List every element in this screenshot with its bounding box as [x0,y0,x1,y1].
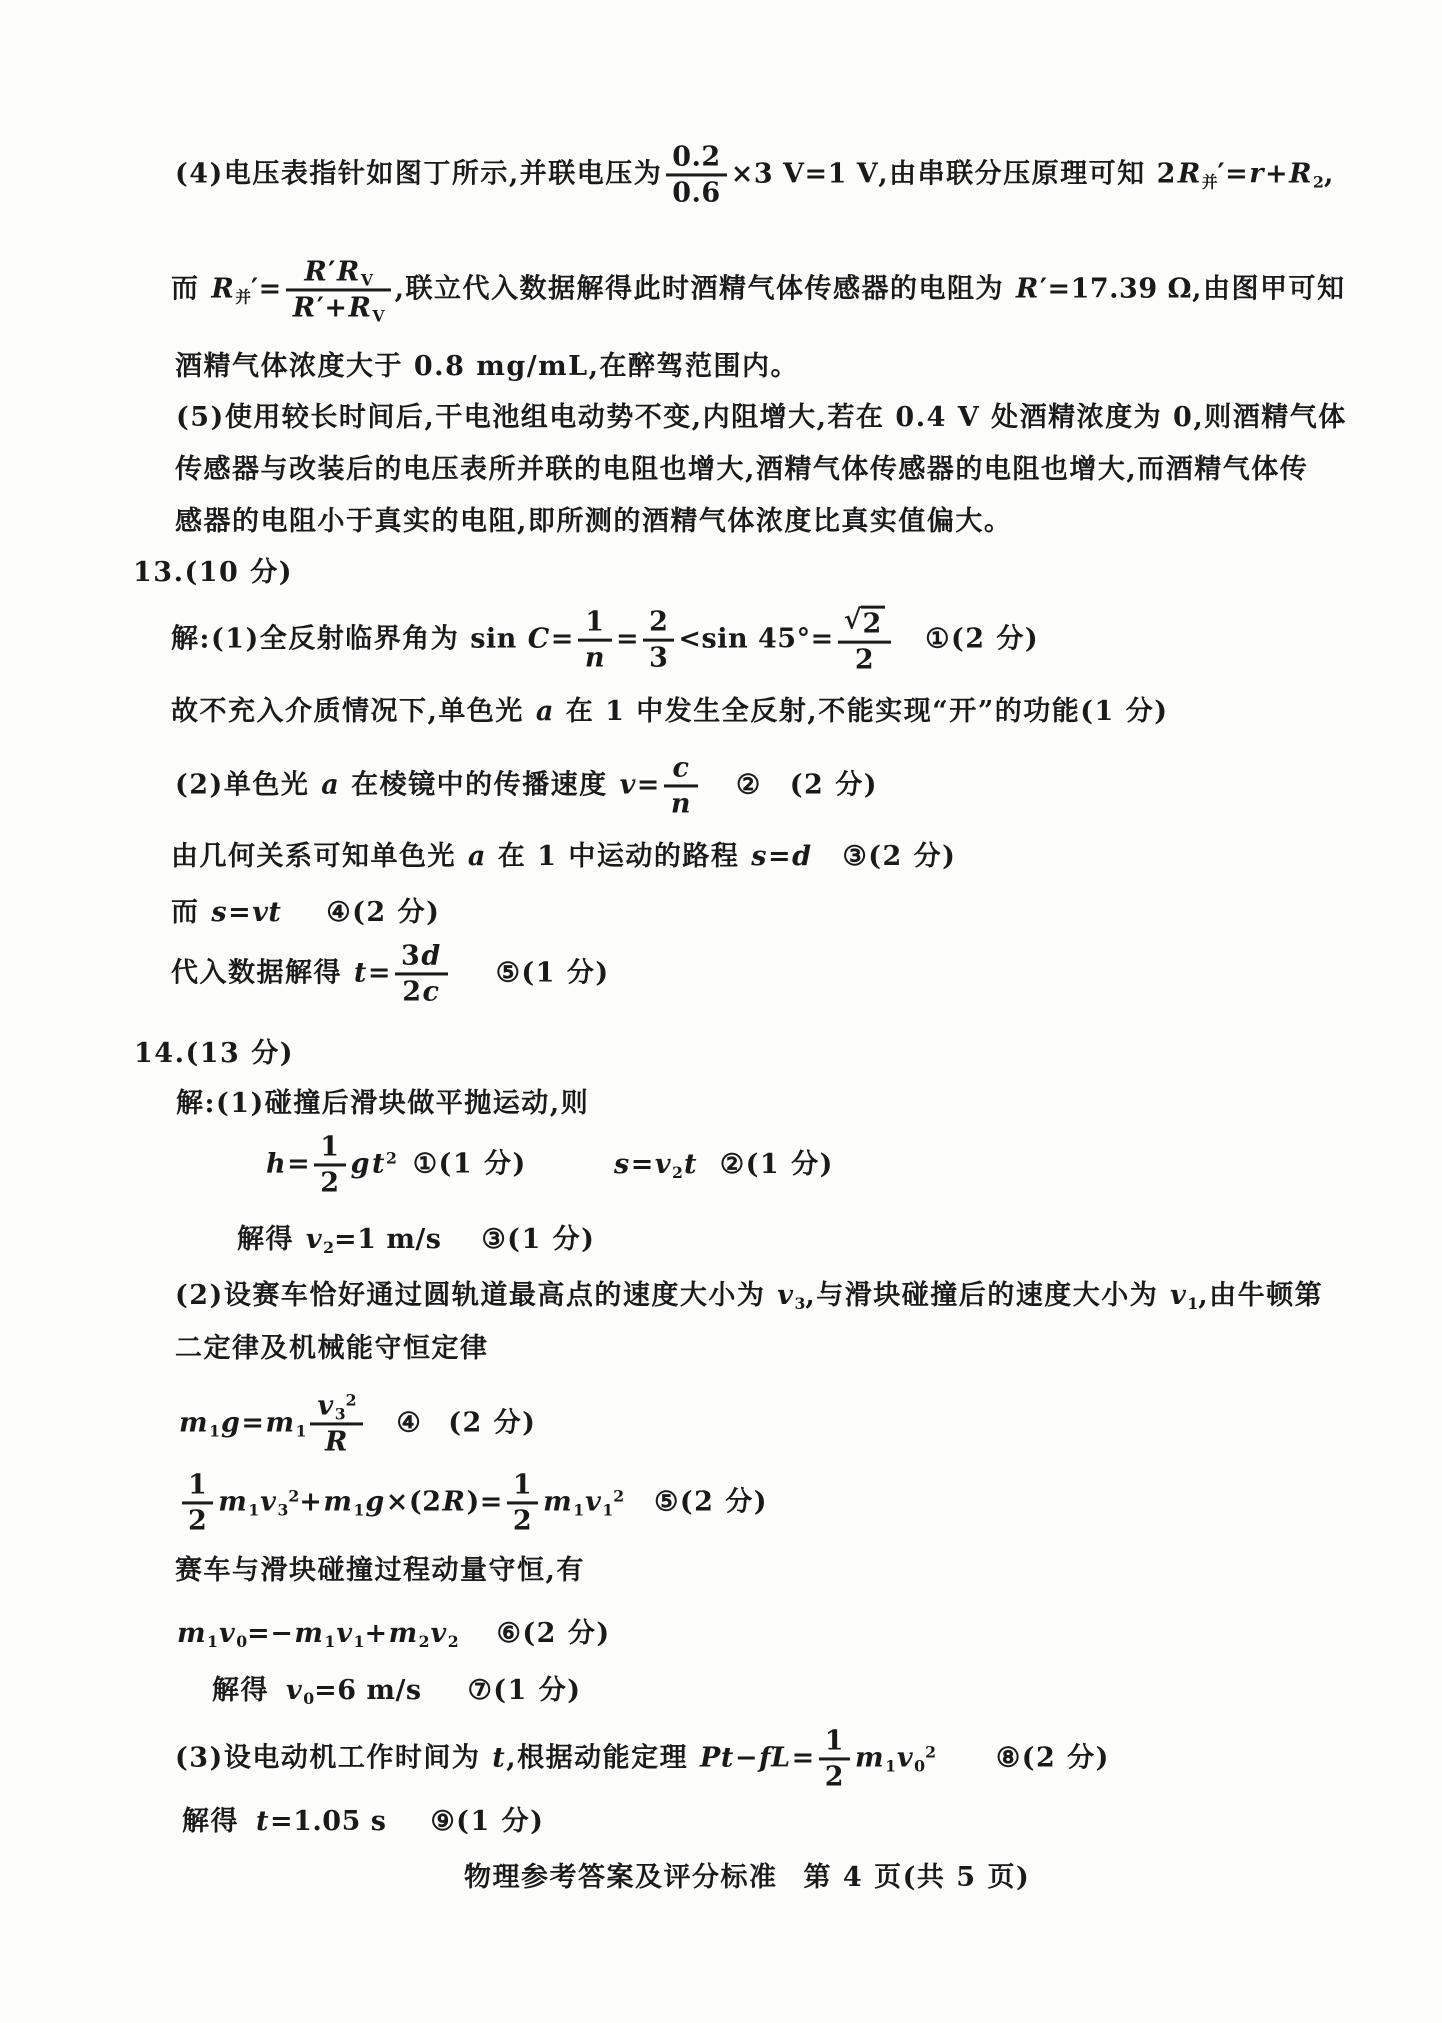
fraction: R′RVR′+RV [286,256,391,323]
math-var: t [353,958,368,989]
math-var: t [491,1743,506,1774]
answer-14-part2-line2: 二定律及机械能守恒定律 [175,1332,489,1366]
text-run: (2)单色光 [175,770,320,801]
fraction: √22 [838,605,892,676]
text-run: ⑨(1 分) [430,1806,544,1837]
math-var: a [535,696,555,727]
roman-run: = [551,624,574,655]
subscript: 3 [794,1294,805,1313]
math-sub-sup: v32 [259,1487,299,1518]
subscript: V [372,307,384,326]
math-var: R [1288,159,1313,190]
subscript: 2 [448,1632,459,1651]
roman-run: ′+ [317,293,348,324]
roman-run: = [768,841,791,872]
roman-run: 0.2 [672,141,720,172]
math-subscripted: m1 [854,1743,896,1774]
roman-run: 2 [825,1762,844,1793]
answer-12-part4-line3: 酒精气体浓度大于 0.8 mg/mL,在醉驾范围内。 [175,350,799,384]
math-var: m [322,1487,353,1518]
text-run: ,与滑块碰撞后的速度大小为 [805,1280,1169,1311]
answer-13-note1: 故不充入介质情况下,单色光 a 在 1 中发生全反射,不能实现“开”的功能(1 … [171,695,1169,729]
text-run: ⑧(2 分) [996,1743,1110,1774]
subscript: 0 [914,1757,925,1776]
superscript: 2 [288,1487,299,1506]
text-run: ⑤(1 分) [496,958,610,989]
text-run: 解得 [237,1224,305,1255]
text-run: ,由图甲可知 [1192,274,1345,305]
subscript: 2 [672,1163,683,1182]
math-sub-sup: v02 [896,1743,936,1774]
math-var: v [259,1487,277,1518]
math-var: v [335,1618,353,1649]
roman-run: 3 [649,643,668,674]
text-run: ,联立代入数据解得此时酒精气体传感器的电阻为 [395,274,1015,305]
math-var: fL [758,1743,792,1774]
math-var: Pt [699,1743,735,1774]
numerator: 0.2 [666,141,726,173]
math-var: s [613,1149,631,1180]
text-run: 在棱镜中的传播速度 [340,770,618,801]
text-run: ①(2 分) [925,624,1039,655]
text-run: , [1324,159,1335,190]
math-var: v [305,1224,323,1255]
spacer [386,1828,430,1830]
subscript: 1 [209,1422,220,1441]
spacer [367,1430,397,1432]
roman-run: − [735,1743,758,1774]
roman-run: = [287,1149,310,1180]
answer-12-part5-line3: 感器的电阻小于真实的电阻,即所测的酒精气体浓度比真实值偏大。 [175,505,1012,539]
text-run: 代入数据解得 [171,958,353,989]
superscript: 2 [613,1487,624,1506]
math-superscripted: t2 [371,1149,397,1180]
roman-run: 1 [825,1725,844,1756]
roman-run: =− [247,1618,293,1649]
spacer [936,1765,996,1767]
math-var: R [1177,159,1202,190]
text-run: ,由串联分压原理可知 2 [878,159,1177,190]
answer-14-part2-line1: (2)设赛车恰好通过圆轨道最高点的速度大小为 v3,与滑块碰撞后的速度大小为 v… [175,1279,1323,1313]
math-var: t [371,1149,386,1180]
math-subscripted: R并 [1177,159,1218,190]
text-run: 由几何关系可知单色光 [171,841,467,872]
roman-run: ×3 V=1 V [731,159,879,190]
roman-run: 0.6 [672,178,720,209]
fraction: 0.20.6 [666,141,726,208]
square-root: √2 [844,606,886,640]
text-run: 二定律及机械能守恒定律 [175,1333,489,1364]
math-var: m [293,1618,324,1649]
answer-12-part4-line1: (4)电压表指针如图丁所示,并联电压为0.20.6×3 V=1 V,由串联分压原… [175,141,1335,208]
text-run: ③(2 分) [843,841,957,872]
answer-14-eq1: h=12gt2①(1 分) [265,1131,527,1198]
roman-run: =1.05 s [270,1806,386,1837]
math-var: d [420,940,441,971]
text-run: ⑦(1 分) [468,1675,582,1706]
text-run: 感器的电阻小于真实的电阻,即所测的酒精气体浓度比真实值偏大。 [175,506,1012,537]
math-var: R [292,293,317,324]
text-run: ⑥(2 分) [497,1618,611,1649]
spacer [282,919,326,921]
answer-14-part3: (3)设电动机工作时间为 t,根据动能定理 Pt−fL=12m1v02⑧(2 分… [175,1725,1110,1792]
roman-run: 2 [402,977,421,1008]
math-var: t [255,1806,270,1837]
spacer [422,1430,448,1432]
answer-13-step1: 解:(1)全反射临界角为 sin C=1n=23<sin 45°=√22①(2 … [171,605,1039,676]
text-run: 解得 [182,1806,239,1837]
roman-run: = [616,624,639,655]
footer-title: 物理参考答案及评分标准 [464,1862,778,1893]
subscript: 1 [602,1501,613,1520]
text-run: 解得 [212,1675,269,1706]
text-run: 而 [171,274,210,305]
math-var: s [750,841,768,872]
subscript: 3 [335,1404,346,1423]
subscript: 1 [1187,1294,1198,1313]
math-subscripted: m1 [322,1487,364,1518]
spacer [239,1828,255,1830]
math-var: s [210,897,228,928]
fraction: 3d2c [395,940,448,1007]
text-run: 传感器与改装后的电压表所并联的电阻也增大,酒精气体传感器的电阻也增大,而酒精气体… [175,454,1308,485]
math-var: m [542,1487,573,1518]
denominator: 2c [395,973,448,1008]
math-var: r [1248,159,1265,190]
spacer [441,1246,481,1248]
text-run: (4)电压表指针如图丁所示,并联电压为 [175,159,662,190]
text-run: (3)设电动机工作时间为 [175,1743,491,1774]
math-sub-sup: v32 [316,1390,356,1421]
numerator: 1 [578,606,612,638]
roman-run: 1 [320,1131,339,1162]
fraction: v32R [310,1390,362,1457]
math-subscripted: RV [347,293,384,324]
roman-run: ′ [328,256,336,287]
denominator: 3 [643,639,674,674]
page: 物理参考答案及评分标准第 4 页(共 5 页) (4)电压表指针如图丁所示,并联… [0,0,1442,2023]
math-var: R [1015,274,1040,305]
roman-run: + [1265,159,1288,190]
text-run: 在 1 中发生全反射,不能实现“开”的功能(1 分) [555,696,1169,727]
answer-12-part5-line1: (5)使用较长时间后,干电池组电动势不变,内阻增大,若在 0.4 V 处酒精浓度… [176,401,1347,435]
roman-run: + [364,1618,387,1649]
denominator: 2 [838,640,892,675]
text-run: 解:(1)全反射临界角为 [171,624,470,655]
math-subscripted: R并 [210,274,251,305]
subscript: V [361,270,373,289]
math-var: v [776,1280,794,1311]
roman-run: = [228,897,251,928]
math-var: v [430,1618,448,1649]
math-var: R [324,1427,349,1458]
fraction: cn [664,752,698,819]
spacer [813,863,843,865]
question-13-header: 13.(10 分) [133,556,293,590]
answer-14-step9: 解得t=1.05 s⑨(1 分) [182,1805,544,1839]
spacer [624,1509,654,1511]
subscript: 3 [277,1501,288,1520]
text-run: ,由牛顿第 [1198,1280,1323,1311]
superscript: 2 [386,1149,397,1168]
denominator: R [310,1423,362,1458]
math-var: m [388,1618,419,1649]
denominator: 0.6 [666,174,726,209]
math-subscripted: v3 [776,1280,805,1311]
answer-14-step7: 解得v0=6 m/s⑦(1 分) [212,1674,582,1708]
spacer [459,1640,497,1642]
roman-run: sin [470,624,527,655]
numerator: 3d [395,940,448,972]
answer-14-eq6: m1v0=−m1v1+m2v2⑥(2 分) [176,1617,611,1651]
math-var: R [303,256,328,287]
math-var: m [217,1487,248,1518]
text-run: 酒精气体浓度大于 0.8 mg/mL,在醉驾范围内。 [175,351,799,382]
fraction: 23 [643,606,674,673]
subscript: 1 [248,1501,259,1520]
text-run: 14.(13 分) [134,1038,294,1069]
math-subscripted: m1 [265,1408,307,1439]
math-var: c [671,752,690,783]
text-run: 故不充入介质情况下,单色光 [171,696,535,727]
answer-14-step3: 解得 v2=1 m/s③(1 分) [237,1223,595,1257]
roman-run: 2 [320,1168,339,1199]
spacer [702,792,736,794]
subscript: 0 [303,1689,314,1708]
fraction: 1n [578,606,612,673]
numerator: c [664,752,698,784]
answer-14-intro: 解:(1)碰撞后滑块做平抛运动,则 [176,1087,589,1121]
fraction: 12 [314,1131,345,1198]
numerator: 1 [507,1469,538,1501]
text-run: 13.(10 分) [133,557,293,588]
math-var: m [265,1408,296,1439]
math-var: R [210,274,235,305]
spacer [698,1171,720,1173]
math-var: R [347,293,372,324]
math-subscripted: m1 [293,1618,335,1649]
math-subscripted: v2 [305,1224,334,1255]
fraction: 12 [507,1469,538,1536]
math-subscripted: R2 [1288,159,1324,190]
question-14-header: 14.(13 分) [134,1037,294,1071]
spacer [762,792,790,794]
math-var: n [584,643,606,674]
radical-sign: √ [844,606,862,636]
footer-page-number: 第 4 页(共 5 页) [804,1862,1031,1893]
roman-run: 2 [513,1506,532,1537]
math-var: n [670,789,692,820]
math-subscripted: v2 [654,1149,683,1180]
subscript: 0 [236,1632,247,1651]
math-var: v [654,1149,672,1180]
spacer [422,1697,468,1699]
text-run: ⑤(2 分) [654,1487,768,1518]
roman-run: 1 [585,606,604,637]
text-run: 赛车与滑块碰撞过程动量守恒,有 [175,1555,585,1586]
math-var: v [619,770,637,801]
math-var: vt [251,897,282,928]
math-var: v [218,1618,236,1649]
math-var: a [320,770,340,801]
math-subscripted: v2 [430,1618,459,1649]
roman-run: <sin 45°= [678,624,833,655]
roman-run: = [241,1408,264,1439]
text-run: ③(1 分) [481,1224,595,1255]
math-sub-sup: v12 [584,1487,624,1518]
roman-run: ×(2 [386,1487,442,1518]
math-subscripted: v0 [285,1675,314,1706]
denominator: 2 [182,1502,213,1537]
subscript: 2 [1313,173,1324,192]
denominator: n [664,785,698,820]
roman-run: = [368,958,391,989]
text-run: ④(2 分) [326,897,440,928]
math-var: g [364,1487,385,1518]
math-var: a [467,841,487,872]
math-var: R [441,1487,466,1518]
math-var: t [683,1149,698,1180]
answer-14-note: 赛车与滑块碰撞过程动量守恒,有 [175,1554,585,1588]
numerator: 1 [182,1469,213,1501]
math-subscripted: m1 [217,1487,259,1518]
math-subscripted: m1 [176,1618,218,1649]
answer-13-step4: 而 s=vt④(2 分) [171,896,440,930]
text-run: ②(1 分) [720,1149,834,1180]
subscript: 1 [207,1632,218,1651]
math-subscripted: m2 [388,1618,430,1649]
roman-run: 3 [401,940,420,971]
superscript: 2 [346,1391,357,1410]
fraction: 12 [182,1469,213,1536]
math-var: v [285,1675,303,1706]
answer-13-step2: (2)单色光 a 在棱镜中的传播速度 v=cn②(2 分) [175,752,878,819]
math-var: m [176,1618,207,1649]
subscript: 1 [324,1632,335,1651]
subscript: 并 [235,288,251,307]
roman-run: )= [466,1487,502,1518]
numerator: √2 [838,605,892,641]
answer-14-eq4: m1g=m1v32R④(2 分) [178,1390,536,1457]
text-run: 在 1 中运动的路程 [487,841,750,872]
page-footer: 物理参考答案及评分标准第 4 页(共 5 页) [464,1861,1030,1895]
numerator: R′RV [286,256,391,288]
math-var: R [336,256,361,287]
roman-run: + [299,1487,322,1518]
math-var: v [584,1487,602,1518]
roman-run: 2 [649,606,668,637]
roman-run: =1 m/s [334,1224,441,1255]
math-var: d [791,841,812,872]
radicand: 2 [861,606,885,640]
math-subscripted: m1 [542,1487,584,1518]
answer-12-part4-line2: 而 R并′=R′RVR′+RV,联立代入数据解得此时酒精气体传感器的电阻为 R′… [171,256,1345,323]
math-subscripted: v1 [1169,1280,1198,1311]
math-var: v [896,1743,914,1774]
math-var: m [854,1743,885,1774]
text-run: (2 分) [790,770,878,801]
math-var: g [220,1408,241,1439]
text-run: ①(1 分) [413,1149,527,1180]
denominator: 2 [314,1164,345,1199]
numerator: 1 [819,1725,850,1757]
answer-14-eq2: s=v2t②(1 分) [613,1148,834,1182]
text-run: (2 分) [448,1408,536,1439]
subscript: 1 [885,1757,896,1776]
spacer [895,646,925,648]
text-run: 而 [171,897,210,928]
roman-run: 2 [855,644,874,675]
spacer [397,1171,413,1173]
text-run: ② [736,770,762,801]
denominator: 2 [507,1502,538,1537]
subscript: 1 [573,1501,584,1520]
answer-14-eq5: 12m1v32+m1g×(2R)=12m1v12⑤(2 分) [178,1469,768,1536]
numerator: 1 [314,1131,345,1163]
subscript: 1 [354,1632,365,1651]
numerator: 2 [643,606,674,638]
text-run: ④ [397,1408,423,1439]
answer-12-part5-line2: 传感器与改装后的电压表所并联的电阻也增大,酒精气体传感器的电阻也增大,而酒精气体… [175,453,1308,487]
roman-run: 2 [188,1506,207,1537]
superscript: 2 [925,1743,936,1762]
math-var: v [1169,1280,1187,1311]
math-subscripted: m1 [178,1408,220,1439]
math-subscripted: v1 [335,1618,364,1649]
math-var: C [527,624,551,655]
roman-run: ′= [1217,159,1248,190]
math-var: h [265,1149,287,1180]
math-var: v [316,1390,334,1421]
roman-run: ′=17.39 Ω [1040,274,1192,305]
math-var: m [178,1408,209,1439]
spacer [269,1697,285,1699]
denominator: n [578,639,612,674]
roman-run: 1 [513,1469,532,1500]
denominator: 2 [819,1758,850,1793]
math-var: g [350,1149,371,1180]
roman-run: ′= [251,274,282,305]
roman-run: =6 m/s [314,1675,421,1706]
math-var: c [422,977,441,1008]
subscript: 2 [323,1238,334,1257]
math-subscripted: RV [336,256,373,287]
math-subscripted: v0 [218,1618,247,1649]
subscript: 1 [296,1422,307,1441]
roman-run: = [792,1743,815,1774]
subscript: 2 [419,1632,430,1651]
answer-13-step3: 由几何关系可知单色光 a 在 1 中运动的路程 s=d③(2 分) [171,840,956,874]
text-run: ,根据动能定理 [506,1743,699,1774]
subscript: 并 [1202,173,1218,192]
roman-run: = [637,770,660,801]
roman-run: = [631,1149,654,1180]
text-run: (2)设赛车恰好通过圆轨道最高点的速度大小为 [175,1280,776,1311]
text-run: 解:(1)碰撞后滑块做平抛运动,则 [176,1088,589,1119]
fraction: 12 [819,1725,850,1792]
numerator: v32 [310,1390,362,1422]
spacer [452,980,496,982]
answer-13-step5: 代入数据解得 t=3d2c⑤(1 分) [171,940,610,1007]
text-run: (5)使用较长时间后,干电池组电动势不变,内阻增大,若在 0.4 V 处酒精浓度… [176,402,1347,433]
denominator: R′+RV [286,289,391,324]
roman-run: 1 [188,1469,207,1500]
subscript: 1 [354,1501,365,1520]
